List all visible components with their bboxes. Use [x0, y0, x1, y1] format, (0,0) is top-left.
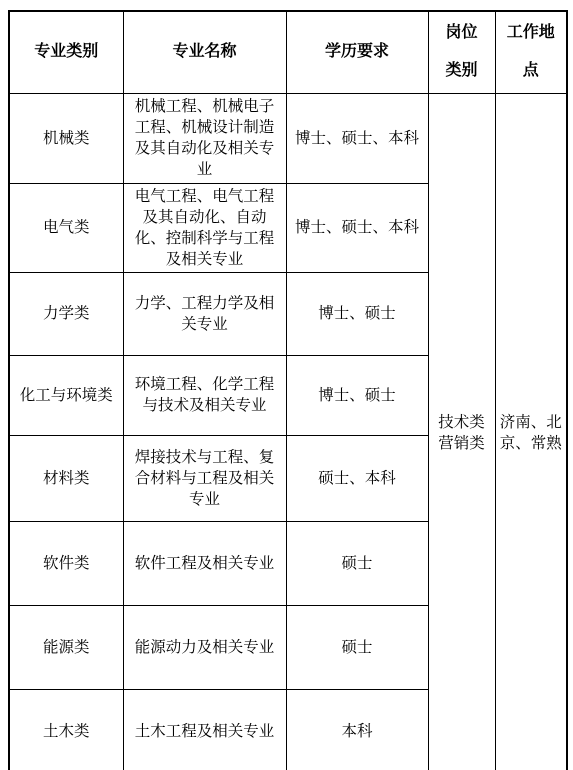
cell-education: 博士、硕士 — [286, 272, 428, 355]
cell-majors: 力学、工程力学及相关专业 — [123, 272, 286, 355]
cell-category: 土木类 — [9, 689, 123, 770]
cell-category: 力学类 — [9, 272, 123, 355]
cell-education: 博士、硕士 — [286, 355, 428, 435]
cell-education: 博士、硕士、本科 — [286, 93, 428, 183]
cell-category: 材料类 — [9, 435, 123, 521]
header-education-requirement: 学历要求 — [286, 11, 428, 93]
cell-category: 机械类 — [9, 93, 123, 183]
cell-majors: 焊接技术与工程、复合材料与工程及相关专业 — [123, 435, 286, 521]
table-row: 机械类 机械工程、机械电子工程、机械设计制造及其自动化及相关专业 博士、硕士、本… — [9, 93, 567, 183]
cell-category: 电气类 — [9, 183, 123, 272]
header-job-category: 岗位 类别 — [428, 11, 495, 93]
cell-majors: 环境工程、化学工程与技术及相关专业 — [123, 355, 286, 435]
header-major-category: 专业类别 — [9, 11, 123, 93]
cell-category: 软件类 — [9, 521, 123, 605]
cell-education: 硕士 — [286, 605, 428, 689]
cell-majors: 能源动力及相关专业 — [123, 605, 286, 689]
cell-majors: 软件工程及相关专业 — [123, 521, 286, 605]
table-header: 专业类别 专业名称 学历要求 岗位 类别 工作地 点 — [9, 11, 567, 93]
header-row: 专业类别 专业名称 学历要求 岗位 类别 工作地 点 — [9, 11, 567, 93]
cell-education: 硕士、本科 — [286, 435, 428, 521]
merged-work-location-cell: 济南、北 京、常熟 — [495, 93, 567, 770]
cell-education: 本科 — [286, 689, 428, 770]
table-body: 机械类 机械工程、机械电子工程、机械设计制造及其自动化及相关专业 博士、硕士、本… — [9, 93, 567, 770]
header-work-location: 工作地 点 — [495, 11, 567, 93]
cell-majors: 机械工程、机械电子工程、机械设计制造及其自动化及相关专业 — [123, 93, 286, 183]
header-major-name: 专业名称 — [123, 11, 286, 93]
cell-majors: 土木工程及相关专业 — [123, 689, 286, 770]
merged-job-category-cell: 技术类 营销类 — [428, 93, 495, 770]
cell-education: 硕士 — [286, 521, 428, 605]
cell-education: 博士、硕士、本科 — [286, 183, 428, 272]
cell-category: 化工与环境类 — [9, 355, 123, 435]
cell-majors: 电气工程、电气工程及其自动化、自动化、控制科学与工程及相关专业 — [123, 183, 286, 272]
cell-category: 能源类 — [9, 605, 123, 689]
recruitment-table: 专业类别 专业名称 学历要求 岗位 类别 工作地 点 机械类 机械工程、机械电子… — [8, 10, 568, 770]
